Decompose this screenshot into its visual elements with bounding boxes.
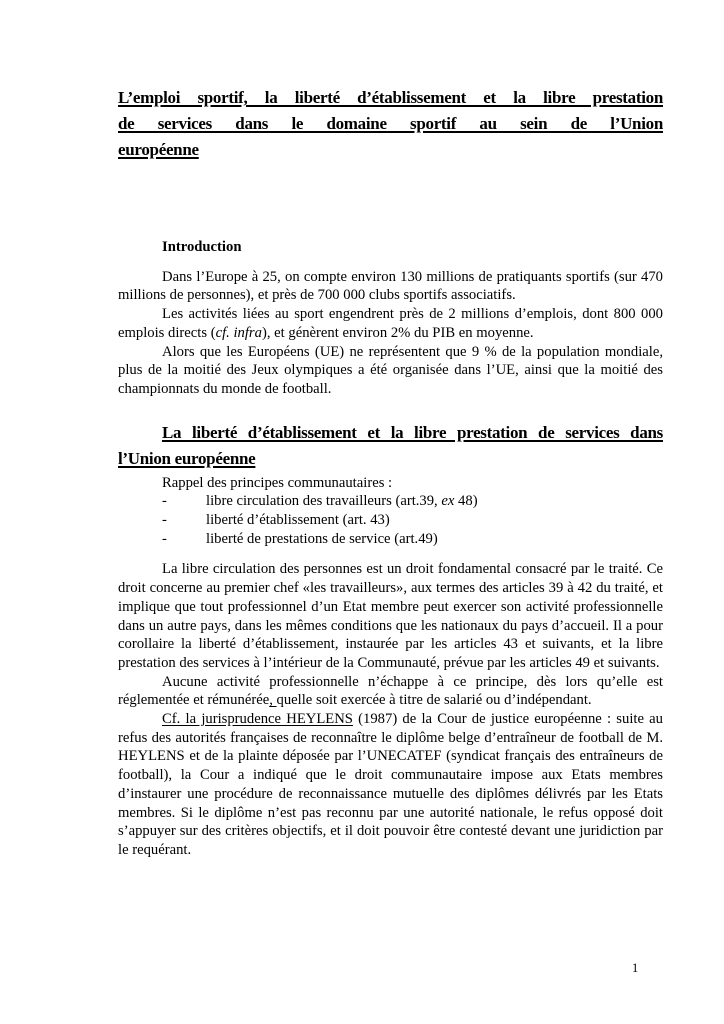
principle-item: - liberté d’établissement (art. 43) — [118, 511, 663, 530]
principle-item: - libre circulation des travailleurs (ar… — [118, 492, 663, 511]
document-title-line: européenne — [118, 137, 663, 163]
heylens-citation-underlined: Cf. la jurisprudence HEYLENS — [162, 711, 353, 727]
underlined-separator: , — [269, 692, 276, 708]
introduction-heading: Introduction — [118, 238, 663, 257]
principle-text: liberté de prestations de service (art.4… — [206, 531, 438, 547]
principle-text: libre circulation des travailleurs (art.… — [206, 493, 441, 509]
intro-paragraph-2-text-after: ), et génèrent environ 2% du PIB en moye… — [262, 325, 534, 341]
section-paragraph-1: La libre circulation des personnes est u… — [118, 560, 663, 672]
list-dash: - — [162, 492, 167, 511]
list-dash: - — [162, 530, 167, 549]
document-title-line: L’emploi sportif, la liberté d’établisse… — [118, 85, 663, 111]
principles-list: - libre circulation des travailleurs (ar… — [118, 492, 663, 548]
document-title-line: de services dans le domaine sportif au s… — [118, 111, 663, 137]
list-dash: - — [162, 511, 167, 530]
document-title: L’emploi sportif, la liberté d’établisse… — [118, 85, 663, 163]
principles-intro: Rappel des principes communautaires : — [118, 474, 663, 493]
document-page: L’emploi sportif, la liberté d’établisse… — [0, 0, 724, 1024]
intro-paragraph-3: Alors que les Européens (UE) ne représen… — [118, 343, 663, 399]
section-paragraph-3-text: (1987) de la Cour de justice européenne … — [118, 711, 663, 858]
principle-text-italic: ex — [441, 493, 454, 509]
principle-item: - liberté de prestations de service (art… — [118, 530, 663, 549]
section-heading: La liberté d’établissement et la libre p… — [118, 420, 663, 472]
section-paragraph-2: Aucune activité professionnelle n’échapp… — [118, 673, 663, 710]
section-heading-line: La liberté d’établissement et la libre p… — [118, 420, 663, 446]
section-paragraph-3: Cf. la jurisprudence HEYLENS (1987) de l… — [118, 710, 663, 860]
cf-infra-italic: cf. infra — [216, 325, 262, 341]
intro-paragraph-2: Les activités liées au sport engendrent … — [118, 305, 663, 342]
principle-text: liberté d’établissement (art. 43) — [206, 512, 390, 528]
page-number: 1 — [632, 960, 638, 976]
principle-text-after: 48) — [454, 493, 477, 509]
section-heading-line: l’Union européenne — [118, 446, 663, 472]
intro-paragraph-1: Dans l’Europe à 25, on compte environ 13… — [118, 268, 663, 305]
section-paragraph-2-text-after: quelle soit exercée à titre de salarié o… — [277, 692, 592, 708]
